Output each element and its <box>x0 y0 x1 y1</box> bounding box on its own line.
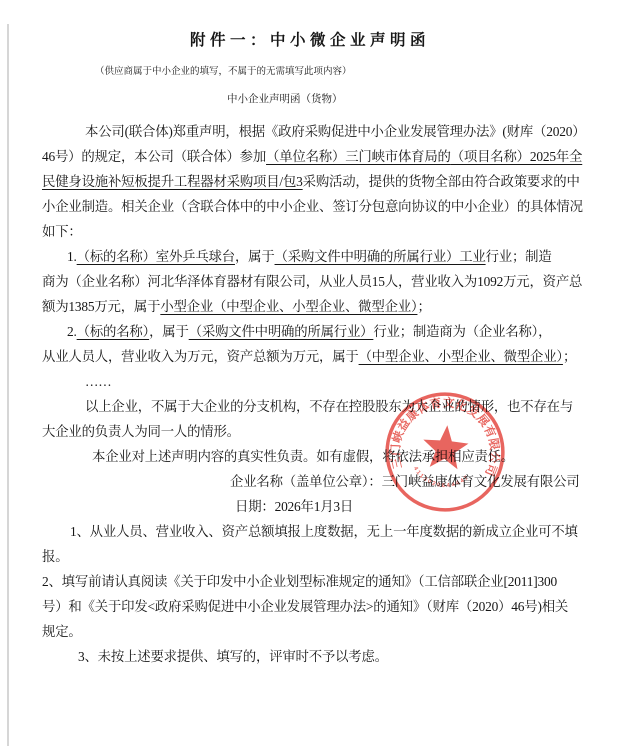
paragraph1-line4: 小企业制造。相关企业（含联合体中的中小企业、签订分包意向协议的中小企业）的具体情… <box>42 194 590 219</box>
paragraph1-line3: 民健身设施补短板提升工程器材采购项目/包3采购活动，提供的货物全部由符合政策要求… <box>42 169 590 194</box>
subject-name-field: （标的名称）室外乒乓球台 <box>77 249 235 264</box>
item-number: 2. <box>67 324 77 339</box>
text-segment: 小企业制造。相关企业（含联合体中的中小企业、签订分包意向协议的中小企业）的具体情… <box>42 199 583 214</box>
company-signature-line: 企业名称（盖单位公章）：三门峡益康体育文化发展有限公司 <box>42 469 590 494</box>
enterprise-type-field: （中型企业、小型企业、微型企业） <box>359 349 563 364</box>
text-segment: 2、填写前请认真阅读《关于印发中小企业划型标准规定的通知》（工信部联企业[201… <box>42 574 557 589</box>
subject-name-field: （标的名称） <box>77 324 149 339</box>
item-number: 1. <box>67 249 77 264</box>
declaration-body: 本公司(联合体)郑重声明，根据《政府采购促进中小企业发展管理办法》(财库（202… <box>42 119 590 669</box>
declaration-subtitle: 中小企业声明函（货物） <box>0 92 620 107</box>
industry-field: （采购文件中明确的所属行业）工业 <box>275 249 486 264</box>
text-segment: 以上企业，不属于大企业的分支机构，不存在控股股东为大企业的情形，也不存在与 <box>85 399 573 414</box>
text-segment: 行业；制造 <box>486 249 552 264</box>
scan-edge-line <box>7 24 9 746</box>
fill-instruction-note: （供应商属于中小企业的填写，不属于的无需填写此项内容） <box>0 65 620 79</box>
text-segment: 大企业的负责人为同一人的情形。 <box>42 424 240 439</box>
text-segment: 规定。 <box>42 624 82 639</box>
text-segment: 商为（企业名称）河北华泽体育器材有限公司，从业人员15人，营业收入为1092万元… <box>42 274 582 289</box>
paragraph1-line5: 如下： <box>42 219 590 244</box>
text-segment: 如下： <box>42 224 82 239</box>
project-name-field: （项目名称）2025年全 <box>451 149 583 164</box>
text-segment: 号）和《关于印发<政府采购促进中小企业发展管理办法>的通知》（财库（2020）4… <box>42 599 568 614</box>
industry-field: （采购文件中明确的所属行业） <box>189 324 374 339</box>
text-segment: 1、从业人员、营业收入、资产总额填报上度数据，无上一年度数据的新成立企业可不填 <box>70 524 578 539</box>
footnote1-line2: 报。 <box>42 544 590 569</box>
paragraph3-line1: 以上企业，不属于大企业的分支机构，不存在控股股东为大企业的情形，也不存在与 <box>42 394 590 419</box>
company-name: 企业名称（盖单位公章）：三门峡益康体育文化发展有限公司 <box>230 474 579 489</box>
paragraph1-line1: 本公司(联合体)郑重声明，根据《政府采购促进中小企业发展管理办法》(财库（202… <box>42 119 590 144</box>
paragraph1-line2: 46号）的规定，本公司（联合体）参加（单位名称）三门峡市体育局的（项目名称）20… <box>42 144 590 169</box>
text-segment: 报。 <box>42 549 68 564</box>
text-segment: 3、未按上述要求提供、填写的，评审时不予以考虑。 <box>78 649 388 664</box>
footnote2-line2: 号）和《关于印发<政府采购促进中小企业发展管理办法>的通知》（财库（2020）4… <box>42 594 590 619</box>
text-segment: …… <box>85 374 111 389</box>
footnote1-line1: 1、从业人员、营业收入、资产总额填报上度数据，无上一年度数据的新成立企业可不填 <box>42 519 590 544</box>
text-segment: 从业人员人，营业收入为万元，资产总额为万元，属于 <box>42 349 359 364</box>
footnote2-line3: 规定。 <box>42 619 590 644</box>
footnote2-line1: 2、填写前请认真阅读《关于印发中小企业划型标准规定的通知》（工信部联企业[201… <box>42 569 590 594</box>
text-segment: 行业；制造商为（企业名称）， <box>373 324 551 339</box>
text-segment: ； <box>563 349 576 364</box>
text-segment: 本企业对上述声明内容的真实性负责。如有虚假，将依法承担相应责任。 <box>92 449 514 464</box>
item1-line3: 额为1385万元，属于小型企业（中型企业、小型企业、微型企业）； <box>42 294 590 319</box>
text-segment: 46号）的规定，本公司（联合体）参加 <box>42 149 266 164</box>
text-segment: ，属于 <box>235 249 275 264</box>
project-name-field: 民健身设施补短板提升工程器材采购项目/包3 <box>42 174 303 189</box>
purchaser-name-field: （单位名称）三门峡市体育局的 <box>266 149 451 164</box>
item2-line1: 2.（标的名称），属于（采购文件中明确的所属行业）行业；制造商为（企业名称）， <box>42 319 590 344</box>
date-value: 日期：2026年1月3日 <box>235 499 353 514</box>
enterprise-type-field: 小型企业（中型企业、小型企业、微型企业） <box>160 299 417 314</box>
item1-line1: 1.（标的名称）室外乒乓球台，属于（采购文件中明确的所属行业）工业行业；制造 <box>42 244 590 269</box>
text-segment: 额为1385万元，属于 <box>42 299 160 314</box>
item2-line2: 从业人员人，营业收入为万元，资产总额为万元，属于（中型企业、小型企业、微型企业）… <box>42 344 590 369</box>
text-segment: 采购活动，提供的货物全部由符合政策要求的中 <box>303 174 580 189</box>
text-segment: ，属于 <box>149 324 189 339</box>
text-segment: ； <box>417 299 430 314</box>
responsibility-line: 本企业对上述声明内容的真实性负责。如有虚假，将依法承担相应责任。 <box>42 444 590 469</box>
page-title: 附件一：中小微企业声明函 <box>0 0 620 52</box>
paragraph3-line2: 大企业的负责人为同一人的情形。 <box>42 419 590 444</box>
item1-line2: 商为（企业名称）河北华泽体育器材有限公司，从业人员15人，营业收入为1092万元… <box>42 269 590 294</box>
document-page: 附件一：中小微企业声明函 （供应商属于中小企业的填写，不属于的无需填写此项内容）… <box>0 0 620 746</box>
footnote3-line: 3、未按上述要求提供、填写的，评审时不予以考虑。 <box>42 644 590 669</box>
ellipsis-line: …… <box>42 369 590 394</box>
text-segment: 本公司(联合体)郑重声明，根据《政府采购促进中小企业发展管理办法》(财库（202… <box>85 124 585 139</box>
date-line: 日期：2026年1月3日 <box>42 494 590 519</box>
